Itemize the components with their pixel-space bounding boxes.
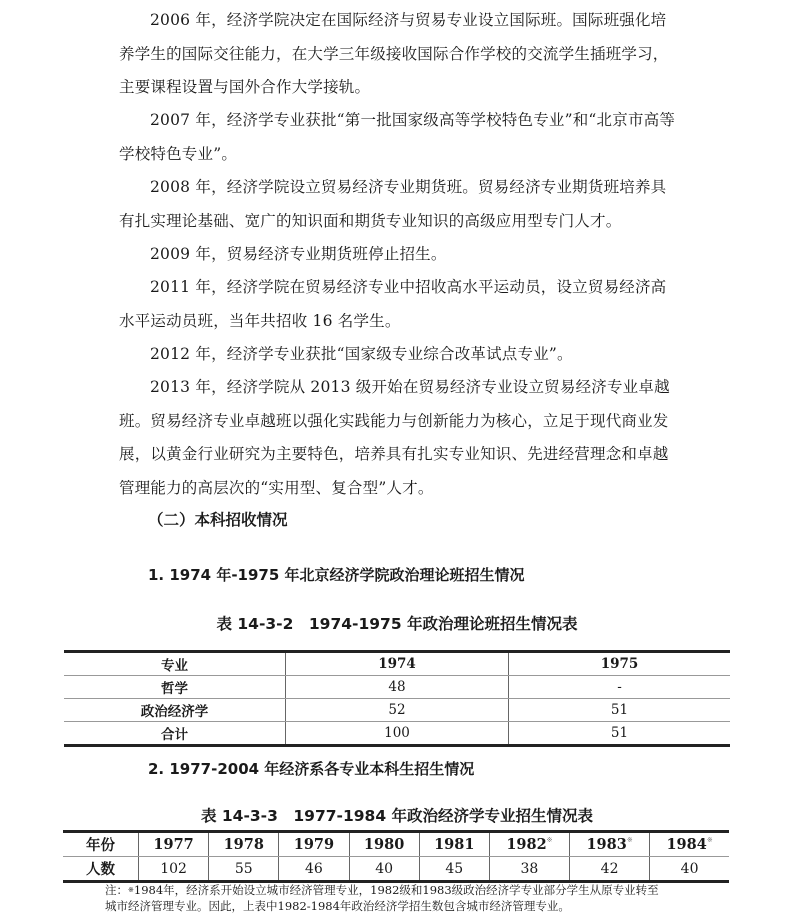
paragraph-2013: 2013 年，经济学院从 2013 级开始在贸易经济专业设立贸易经济专业卓越班。… <box>119 371 679 505</box>
year-cell: 1978 <box>209 832 279 857</box>
table-count-row: 人数 102 55 46 40 45 38 42 40 <box>63 857 729 882</box>
section-heading: （二）本科招收情况 <box>148 508 288 530</box>
header-1975: 1975 <box>509 652 731 676</box>
count-cell: 40 <box>349 857 419 882</box>
count-cell: 42 <box>570 857 650 882</box>
paragraph-2009: 2009 年，贸易经济专业期货班停止招生。 <box>119 238 679 272</box>
table-footnote: 注：※1984年，经济系开始设立城市经济管理专业，1982级和1983级政治经济… <box>105 882 745 914</box>
paragraph-2012: 2012 年，经济学专业获批“国家级专业综合改革试点专业”。 <box>119 338 679 372</box>
cell-value: 51 <box>509 722 731 746</box>
subsection-heading-2: 2. 1977-2004 年经济系各专业本科生招生情况 <box>148 758 474 779</box>
row-label: 哲学 <box>64 676 286 699</box>
row-header-year: 年份 <box>63 832 139 857</box>
row-header-count: 人数 <box>63 857 139 882</box>
row-label: 政治经济学 <box>64 699 286 722</box>
table-political-economy-enrollment: 年份 1977 1978 1979 1980 1981 1982※ 1983※ … <box>63 830 729 883</box>
year-cell: 1983※ <box>570 832 650 857</box>
cell-value: 51 <box>509 699 731 722</box>
count-cell: 40 <box>650 857 729 882</box>
table-row-total: 合计 100 51 <box>64 722 730 746</box>
table-political-theory-enrollment: 专业 1974 1975 哲学 48 - 政治经济学 52 51 合计 100 … <box>64 650 730 747</box>
count-cell: 45 <box>419 857 489 882</box>
year-cell: 1984※ <box>650 832 729 857</box>
year-cell: 1977 <box>139 832 209 857</box>
paragraph-2011: 2011 年，经济学院在贸易经济专业中招收高水平运动员，设立贸易经济高水平运动员… <box>119 271 679 338</box>
cell-value: 100 <box>286 722 509 746</box>
table-header-row: 专业 1974 1975 <box>64 652 730 676</box>
table-2-caption: 表 14-3-3 1977-1984 年政治经济学专业招生情况表 <box>0 804 794 826</box>
table-row: 哲学 48 - <box>64 676 730 699</box>
cell-value: 52 <box>286 699 509 722</box>
year-cell: 1982※ <box>489 832 569 857</box>
year-cell: 1980 <box>349 832 419 857</box>
row-label: 合计 <box>64 722 286 746</box>
cell-value: - <box>509 676 731 699</box>
count-cell: 38 <box>489 857 569 882</box>
count-cell: 102 <box>139 857 209 882</box>
subsection-heading-1: 1. 1974 年-1975 年北京经济学院政治理论班招生情况 <box>148 564 525 585</box>
header-1974: 1974 <box>286 652 509 676</box>
paragraph-2006: 2006 年，经济学院决定在国际经济与贸易专业设立国际班。国际班强化培养学生的国… <box>119 4 679 105</box>
year-cell: 1981 <box>419 832 489 857</box>
cell-value: 48 <box>286 676 509 699</box>
year-cell: 1979 <box>279 832 349 857</box>
count-cell: 46 <box>279 857 349 882</box>
table-year-row: 年份 1977 1978 1979 1980 1981 1982※ 1983※ … <box>63 832 729 857</box>
header-major: 专业 <box>64 652 286 676</box>
count-cell: 55 <box>209 857 279 882</box>
table-1-caption: 表 14-3-2 1974-1975 年政治理论班招生情况表 <box>0 612 794 634</box>
table-row: 政治经济学 52 51 <box>64 699 730 722</box>
paragraph-2008: 2008 年，经济学院设立贸易经济专业期货班。贸易经济专业期货班培养具有扎实理论… <box>119 171 679 238</box>
paragraph-2007: 2007 年，经济学专业获批“第一批国家级高等学校特色专业”和“北京市高等学校特… <box>119 104 679 171</box>
